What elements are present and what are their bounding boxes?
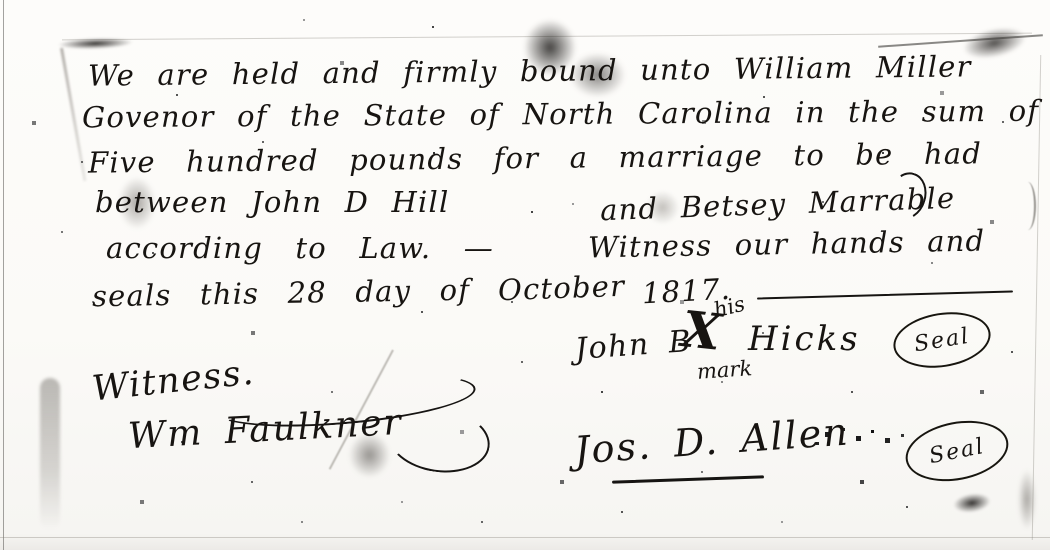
ink-smudge-top-left — [58, 37, 133, 51]
document-line-2: Govenor of the State of North Carolina i… — [82, 97, 1039, 133]
document-line-5-right: Witness our hands and — [588, 227, 986, 263]
document-line-4-groom: between John D Hill — [95, 188, 449, 217]
rule-after-date — [757, 290, 1013, 299]
paper-top-edge — [62, 33, 1032, 41]
his-mark-label-bottom: mark — [696, 358, 753, 383]
ink-dotted-trail — [0, 0, 3, 3]
left-edge-gray-band — [40, 378, 60, 530]
paper-bottom-edge — [0, 537, 1050, 538]
second-signature: Jos. D. Allen — [573, 412, 851, 469]
bondsman-signature-last: Hicks — [748, 322, 861, 356]
dark-blot-bottom-right — [949, 489, 996, 517]
bondsman-signature-first: John B — [574, 327, 693, 365]
seal-oval-bottom: Seal — [900, 413, 1013, 490]
right-edge-smudge — [1016, 462, 1038, 537]
scratch-top-right — [878, 34, 1043, 48]
right-edge-mark — [1020, 182, 1036, 230]
paper-noise-speckles — [0, 0, 2, 2]
seal-bottom-label: Seal — [927, 433, 987, 468]
witness-signature: Wm Faulkner — [127, 405, 403, 455]
document-line-1: We are held and firmly bound unto Willia… — [88, 52, 972, 90]
paper-right-edge — [1032, 55, 1041, 540]
seal-top-label: Seal — [912, 323, 971, 356]
scan-left-line — [3, 0, 4, 550]
second-signature-underline — [612, 475, 764, 483]
document-line-6-month: October — [498, 272, 626, 305]
seal-oval-top: Seal — [889, 306, 994, 375]
document-line-5-left: according to Law. — — [106, 234, 494, 263]
scanned-marriage-bond-document: We are held and firmly bound unto Willia… — [0, 0, 1050, 550]
document-line-3: Five hundred pounds for a marriage to be… — [88, 139, 982, 177]
his-mark-x: X — [679, 304, 723, 358]
document-line-6-left: seals this 28 day of — [92, 276, 471, 312]
